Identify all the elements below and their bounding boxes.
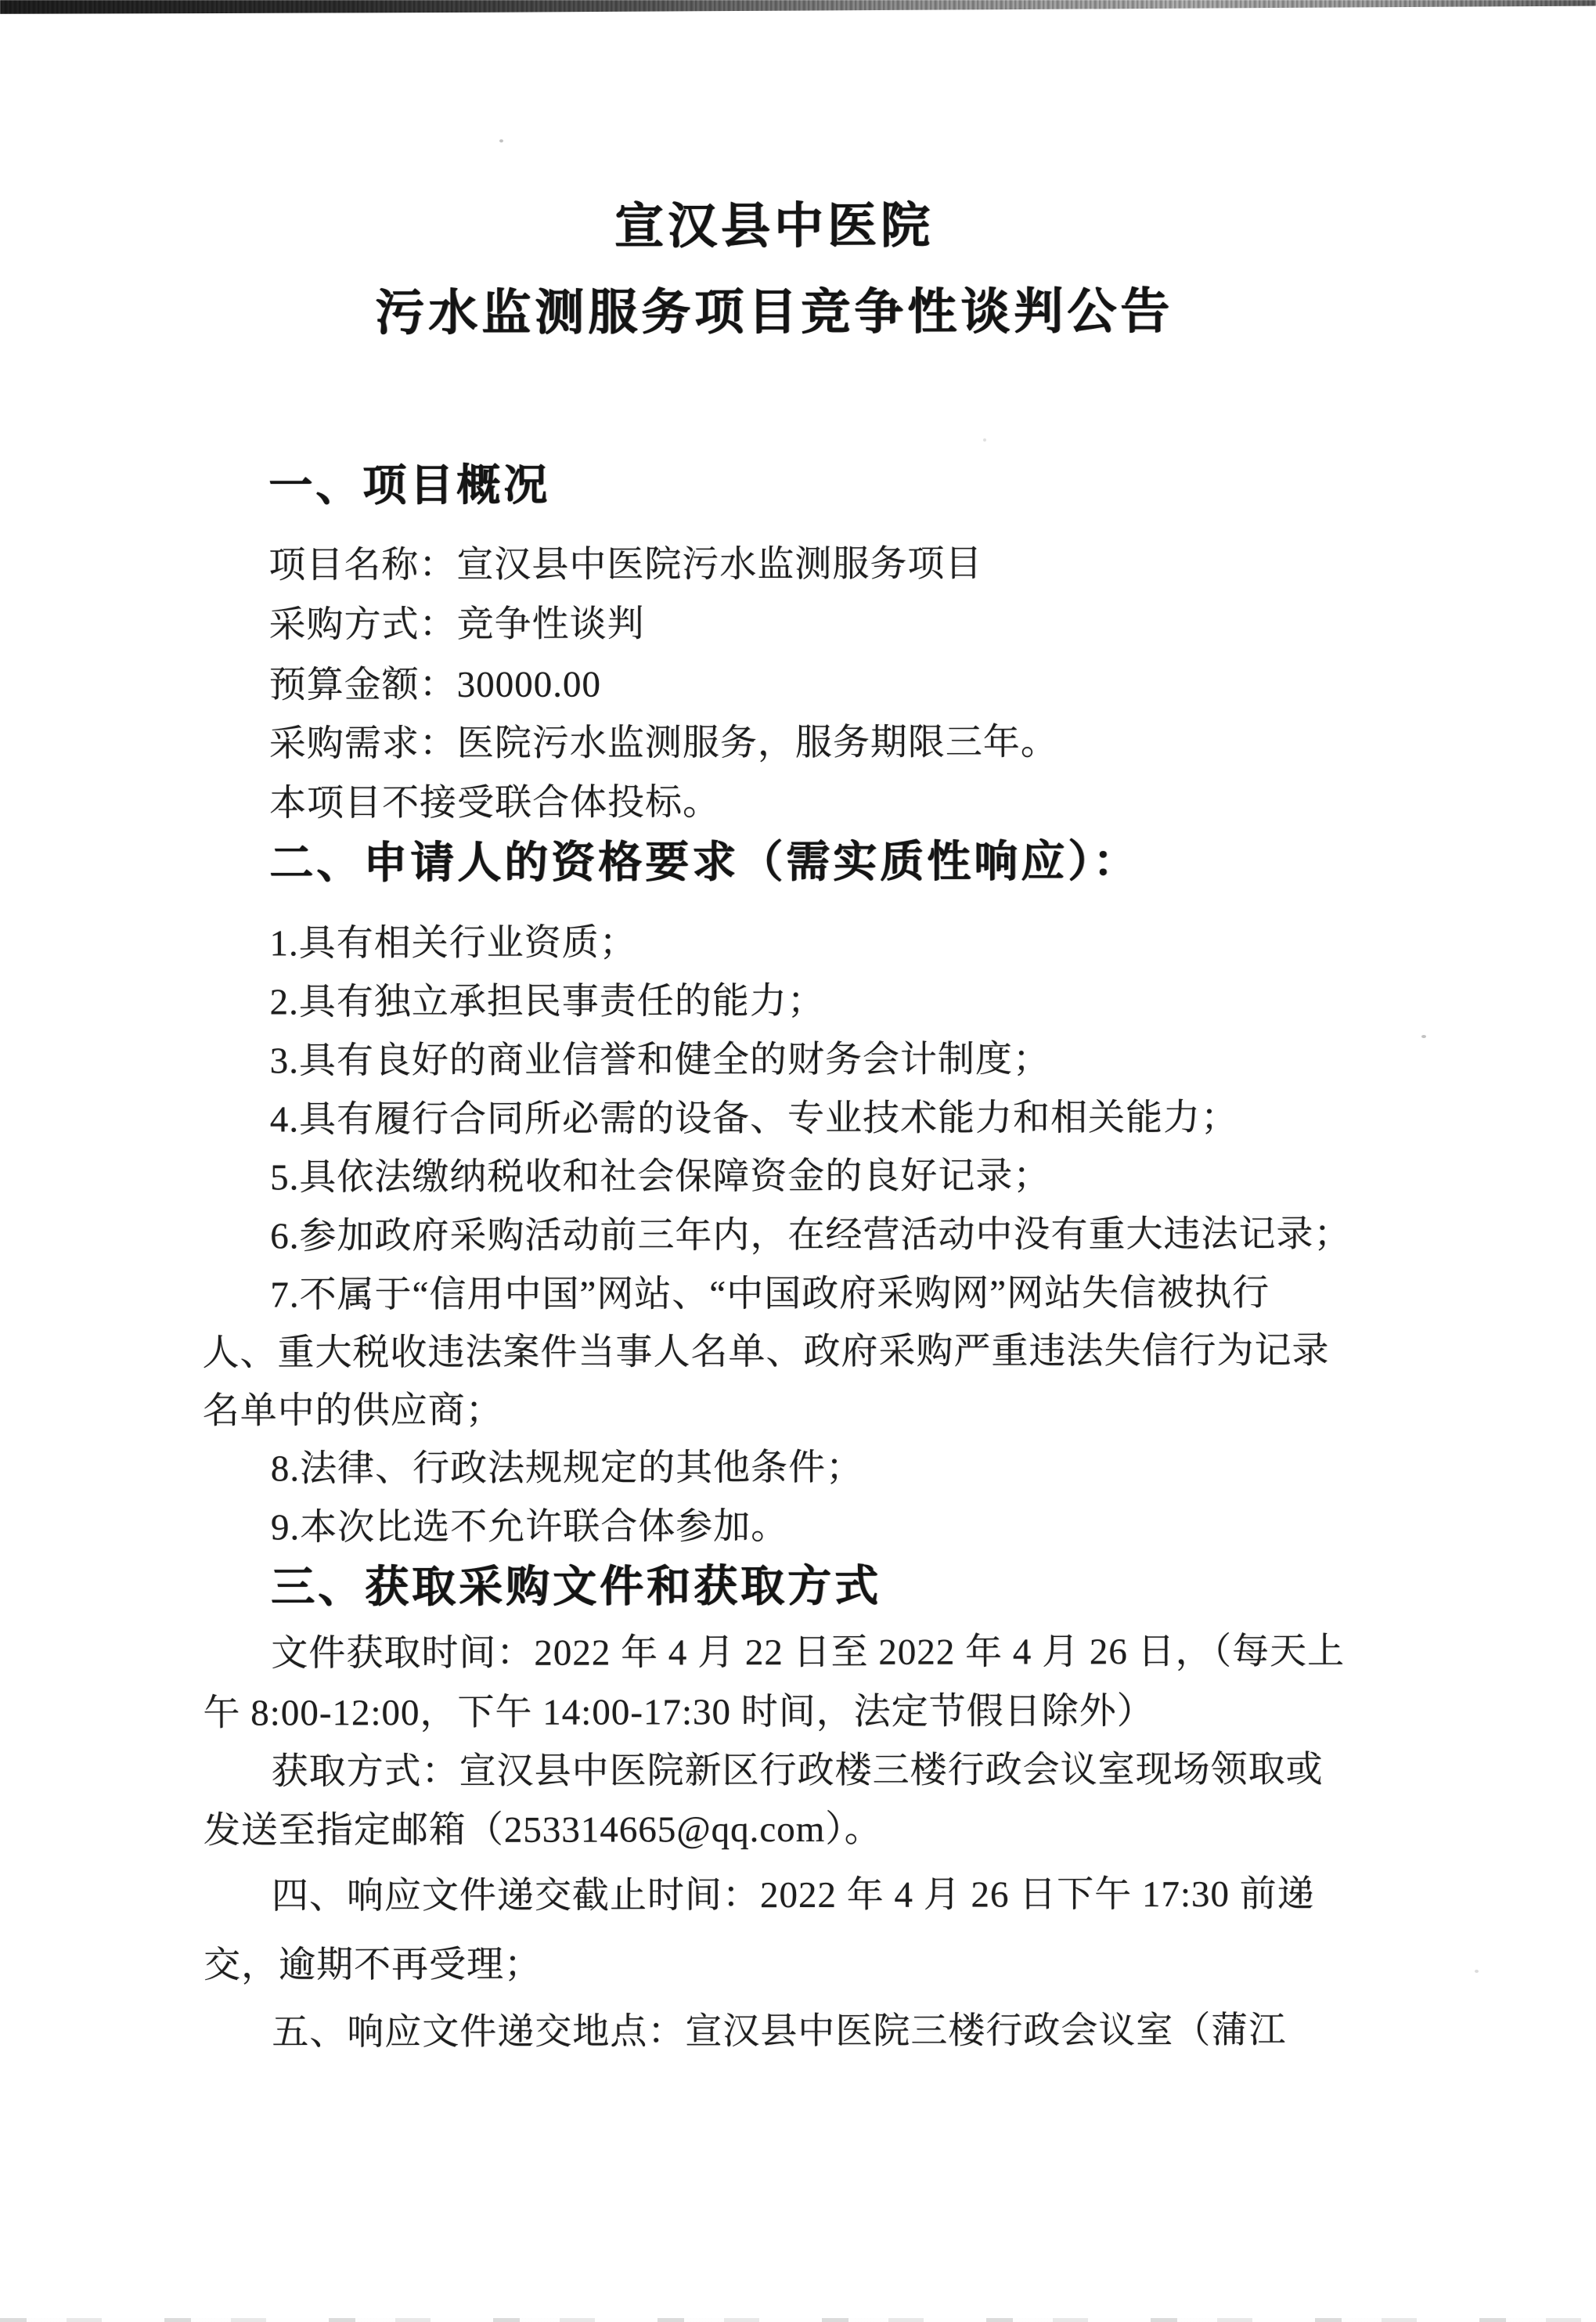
scan-artifact-bottom-line	[0, 2318, 1596, 2322]
qualification-item-9: 9.本次比选不允许联合体参加。	[271, 1504, 788, 1550]
qualification-item-7-line2: 人、重大税收违法案件当事人名单、政府采购严重违法失信行为记录	[202, 1329, 1329, 1376]
qualification-item-7-line3: 名单中的供应商；	[203, 1388, 503, 1434]
line-obtain-method-1: 获取方式：宣汉县中医院新区行政楼三楼行政会议室现场领取或	[272, 1747, 1324, 1795]
line-file-obtain-time-2: 午 8:00-12:00，下午 14:00-17:30 时间，法定节假日除外）	[203, 1689, 1154, 1736]
section1-heading: 一、项目概况	[268, 460, 550, 512]
line-budget-amount: 预算金额：30000.00	[269, 662, 601, 708]
line-file-obtain-time-1: 文件获取时间：2022 年 4 月 22 日至 2022 年 4 月 26 日，…	[271, 1629, 1345, 1677]
document-title-line-2: 污水监测服务项目竞争性谈判公告	[0, 282, 1573, 343]
section3-heading: 三、获取采购文件和获取方式	[271, 1560, 881, 1614]
line-no-consortium: 本项目不接受联合体投标。	[269, 780, 720, 826]
qualification-item-4: 4.具有履行合同所必需的设备、专业技术能力和相关能力；	[270, 1095, 1238, 1143]
qualification-item-3: 3.具有良好的商业信誉和健全的财务会计制度；	[270, 1037, 1050, 1083]
line-project-name: 项目名称：宣汉县中医院污水监测服务项目	[268, 542, 982, 589]
document-title-line-1: 宣汉县中医院	[0, 196, 1573, 257]
qualification-item-6: 6.参加政府采购活动前三年内，在经营活动中没有重大违法记录；	[270, 1212, 1351, 1260]
qualification-item-1: 1.具有相关行业资质；	[269, 920, 636, 966]
qualification-item-5: 5.具依法缴纳税收和社会保障资金的良好记录；	[270, 1153, 1050, 1200]
line-obtain-method-2: 发送至指定邮箱（253314665@qq.com）。	[204, 1807, 882, 1854]
line-procurement-demand: 采购需求：医院污水监测服务，服务期限三年。	[269, 719, 1058, 766]
scanned-document-page: 宣汉县中医院 污水监测服务项目竞争性谈判公告 一、项目概况 项目名称：宣汉县中医…	[0, 0, 1596, 2322]
line-procurement-method: 采购方式：竞争性谈判	[269, 601, 645, 647]
qualification-item-8: 8.法律、行政法规规定的其他条件；	[271, 1445, 863, 1492]
document-content: 宣汉县中医院 污水监测服务项目竞争性谈判公告 一、项目概况 项目名称：宣汉县中医…	[0, 0, 1596, 2322]
line-submission-place: 五、响应文件递交地点：宣汉县中医院三楼行政会议室（蒲江	[272, 2008, 1286, 2056]
qualification-item-7-line1: 7.不属于“信用中国”网站、“中国政府采购网”网站失信被执行	[270, 1271, 1270, 1318]
qualification-item-2: 2.具有独立承担民事责任的能力；	[270, 979, 825, 1025]
line-deadline-1: 四、响应文件递交截止时间：2022 年 4 月 26 日下午 17:30 前递	[272, 1872, 1315, 1920]
section2-heading: 二、申请人的资格要求（需实质性响应）：	[269, 835, 1140, 889]
line-deadline-2: 交，逾期不再受理；	[204, 1942, 542, 1988]
